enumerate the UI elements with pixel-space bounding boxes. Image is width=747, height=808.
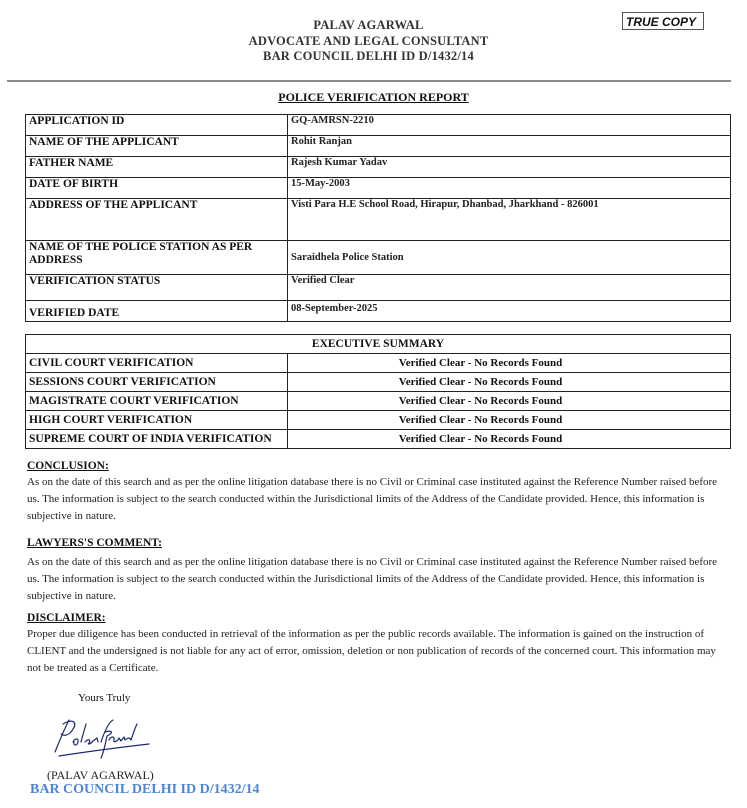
table-row: EXECUTIVE SUMMARY — [26, 335, 731, 354]
field-label: ADDRESS OF THE APPLICANT — [26, 199, 288, 241]
table-row: NAME OF THE APPLICANT Rohit Ranjan — [26, 136, 731, 157]
court-label: SUPREME COURT OF INDIA VERIFICATION — [26, 430, 288, 449]
closing-text: Yours Truly — [78, 692, 130, 704]
field-value: Rohit Ranjan — [288, 136, 731, 157]
court-label: HIGH COURT VERIFICATION — [26, 411, 288, 430]
executive-summary-table: EXECUTIVE SUMMARY CIVIL COURT VERIFICATI… — [25, 334, 731, 449]
conclusion-heading: CONCLUSION: — [27, 459, 727, 474]
field-label: APPLICATION ID — [26, 115, 288, 136]
table-row: NAME OF THE POLICE STATION AS PER ADDRES… — [26, 241, 731, 275]
field-value: Visti Para H.E School Road, Hirapur, Dha… — [288, 199, 731, 241]
field-label: NAME OF THE POLICE STATION AS PER ADDRES… — [26, 241, 288, 275]
court-label: CIVIL COURT VERIFICATION — [26, 354, 288, 373]
table-row: VERIFIED DATE 08-September-2025 — [26, 301, 731, 322]
court-label: SESSIONS COURT VERIFICATION — [26, 373, 288, 392]
field-label: VERIFICATION STATUS — [26, 275, 288, 301]
report-title: POLICE VERIFICATION REPORT — [0, 90, 747, 105]
court-status: Verified Clear - No Records Found — [288, 411, 731, 430]
disclaimer-text: Proper due diligence has been conducted … — [27, 626, 727, 677]
field-value: 08-September-2025 — [288, 301, 731, 322]
summary-title: EXECUTIVE SUMMARY — [26, 335, 731, 354]
table-row: FATHER NAME Rajesh Kumar Yadav — [26, 157, 731, 178]
field-label: NAME OF THE APPLICANT — [26, 136, 288, 157]
table-row: HIGH COURT VERIFICATION Verified Clear -… — [26, 411, 731, 430]
disclaimer-section: DISCLAIMER: Proper due diligence has bee… — [27, 611, 727, 677]
true-copy-stamp: TRUE COPY — [622, 12, 704, 30]
table-row: MAGISTRATE COURT VERIFICATION Verified C… — [26, 392, 731, 411]
court-status: Verified Clear - No Records Found — [288, 430, 731, 449]
table-row: SESSIONS COURT VERIFICATION Verified Cle… — [26, 373, 731, 392]
lawyers-comment-section: LAWYERS'S COMMENT: As on the date of thi… — [27, 536, 727, 605]
table-row: ADDRESS OF THE APPLICANT Visti Para H.E … — [26, 199, 731, 241]
table-row: APPLICATION ID GQ-AMRSN-2210 — [26, 115, 731, 136]
field-label: DATE OF BIRTH — [26, 178, 288, 199]
field-label: VERIFIED DATE — [26, 301, 288, 322]
conclusion-text: As on the date of this search and as per… — [27, 474, 727, 525]
table-row: DATE OF BIRTH 15-May-2003 — [26, 178, 731, 199]
field-value: Saraidhela Police Station — [288, 241, 731, 275]
court-status: Verified Clear - No Records Found — [288, 373, 731, 392]
court-label: MAGISTRATE COURT VERIFICATION — [26, 392, 288, 411]
table-row: VERIFICATION STATUS Verified Clear — [26, 275, 731, 301]
conclusion-section: CONCLUSION: As on the date of this searc… — [27, 459, 727, 525]
advocate-bar-id: BAR COUNCIL DELHI ID D/1432/14 — [0, 49, 747, 65]
field-value: 15-May-2003 — [288, 178, 731, 199]
court-status: Verified Clear - No Records Found — [288, 392, 731, 411]
lawyers-comment-heading: LAWYERS'S COMMENT: — [27, 536, 727, 551]
disclaimer-heading: DISCLAIMER: — [27, 611, 727, 626]
field-value: Verified Clear — [288, 275, 731, 301]
table-row: SUPREME COURT OF INDIA VERIFICATION Veri… — [26, 430, 731, 449]
signatory-bar-id: BAR COUNCIL DELHI ID D/1432/14 — [30, 782, 259, 798]
court-status: Verified Clear - No Records Found — [288, 354, 731, 373]
advocate-designation: ADVOCATE AND LEGAL CONSULTANT — [0, 34, 747, 50]
header-divider — [7, 80, 731, 82]
field-value: Rajesh Kumar Yadav — [288, 157, 731, 178]
field-value: GQ-AMRSN-2210 — [288, 115, 731, 136]
applicant-details-table: APPLICATION ID GQ-AMRSN-2210 NAME OF THE… — [25, 114, 731, 322]
field-label: FATHER NAME — [26, 157, 288, 178]
signatory-name: (PALAV AGARWAL) — [47, 768, 154, 783]
signature-icon — [45, 712, 165, 762]
table-row: CIVIL COURT VERIFICATION Verified Clear … — [26, 354, 731, 373]
lawyers-comment-text: As on the date of this search and as per… — [27, 554, 727, 605]
